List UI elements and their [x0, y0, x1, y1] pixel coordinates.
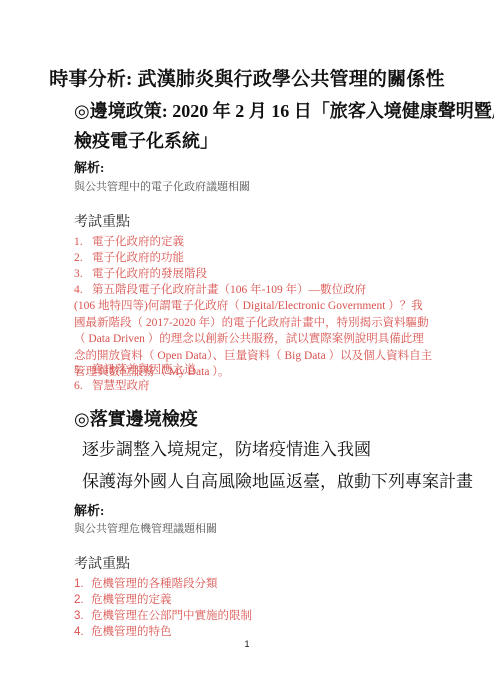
list-item: 6.智慧型政府 [74, 378, 196, 394]
list-item: 1.危機管理的各種階段分類 [74, 576, 252, 592]
document-title: 時事分析: 武漢肺炎與行政學公共管理的關係性 [0, 64, 494, 91]
section2-line-1: 逐步調整入境規定，防堵疫情進入我國 [82, 435, 371, 460]
document-page: 時事分析: 武漢肺炎與行政學公共管理的關係性 ◎邊境政策: 2020 年 2 月… [0, 0, 494, 700]
list-item: 4.危機管理的特色 [74, 624, 252, 640]
list-item: 3.危機管理在公部門中實施的限制 [74, 608, 252, 624]
list-item: 2.電子化政府的功能 [74, 250, 366, 266]
section1-heading-line1: ◎邊境政策: 2020 年 2 月 16 日「旅客入境健康聲明暨居家 [74, 97, 494, 123]
section1-analysis-label: 解析: [74, 157, 104, 176]
list-item: 4.第五階段電子化政府計畫（106 年-109 年）—數位政府 [74, 282, 366, 298]
section2-analysis-label: 解析: [74, 500, 104, 519]
list-item: 5.資訊落差與因應之道 [74, 362, 196, 378]
section2-exam-label: 考試重點 [74, 553, 130, 573]
section1-exam-points: 1.電子化政府的定義 2.電子化政府的功能 3.電子化政府的發展階段 4.第五階… [74, 234, 366, 298]
list-item: 3.電子化政府的發展階段 [74, 266, 366, 282]
list-item: 1.電子化政府的定義 [74, 234, 366, 250]
list-item: 2.危機管理的定義 [74, 592, 252, 608]
section1-analysis-text: 與公共管理中的電子化政府議題相關 [74, 178, 250, 194]
section1-exam-label: 考試重點 [74, 211, 130, 231]
section1-heading-line2: 檢疫電子化系統」 [74, 127, 218, 153]
page-number: 1 [0, 639, 494, 649]
section2-heading: ◎落實邊境檢疫 [74, 405, 198, 431]
section2-line-2: 保護海外國人自高風險地區返臺，啟動下列專案計畫 [82, 467, 473, 492]
section2-exam-points: 1.危機管理的各種階段分類 2.危機管理的定義 3.危機管理在公部門中實施的限制… [74, 576, 252, 640]
section2-analysis-text: 與公共管理危機管理議題相關 [74, 520, 217, 536]
section1-exam-points-continued: 5.資訊落差與因應之道 6.智慧型政府 [74, 362, 196, 394]
